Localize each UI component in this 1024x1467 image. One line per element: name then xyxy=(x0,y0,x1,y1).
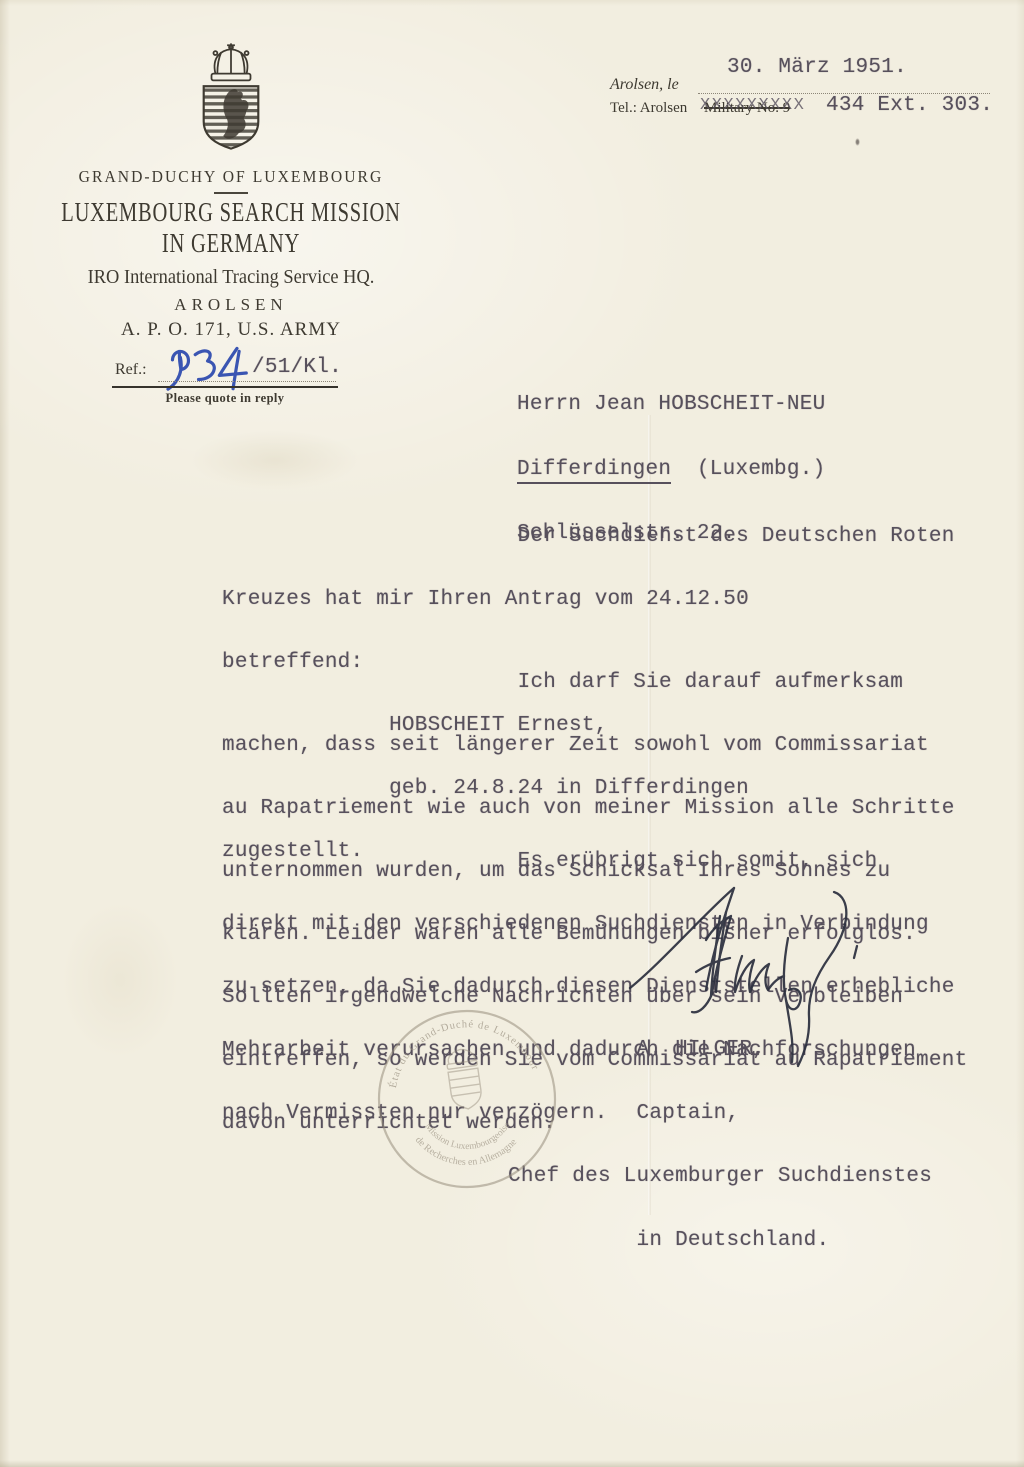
body-line: machen, dass seit längerer Zeit sowohl v… xyxy=(222,735,967,756)
body-line: Kreuzes hat mir Ihren Antrag vom 24.12.5… xyxy=(222,589,955,610)
letterhead-city: AROLSEN xyxy=(0,295,462,315)
letterhead-division: IRO International Tracing Service HQ. xyxy=(18,265,443,289)
letterhead: GRAND-DUCHY OF LUXEMBOURG LUXEMBOURG SEA… xyxy=(0,40,462,341)
letterhead-org-line1: LUXEMBOURG SEARCH MISSION xyxy=(55,197,406,228)
recipient-country: (Luxembg.) xyxy=(671,458,825,481)
signature-block: A. HILGER, Captain, Chef des Luxemburger… xyxy=(508,997,932,1293)
body-line: Der Suchdienst des Deutschen Roten xyxy=(222,526,955,547)
letterhead-country: GRAND-DUCHY OF LUXEMBOURG xyxy=(18,167,443,187)
luxembourg-coat-of-arms-icon xyxy=(192,40,270,152)
recipient-city: Differdingen xyxy=(517,458,671,484)
recipient-city-line: Differdingen (Luxembg.) xyxy=(517,459,825,482)
stamp-center-crest xyxy=(445,1047,483,1111)
body-line: Es erübrigt sich somit, sich xyxy=(222,851,955,872)
signatory-name: A. HILGER, xyxy=(508,1039,932,1061)
paper-blotch xyxy=(60,900,180,1060)
ink-speck xyxy=(855,138,860,146)
tel-label: Tel.: Arolsen xyxy=(610,100,687,117)
typed-date: 30. März 1951. xyxy=(727,57,907,78)
paper-blotch xyxy=(190,430,360,490)
body-line: Ich darf Sie darauf aufmerksam xyxy=(222,672,967,693)
handwritten-ref-number xyxy=(157,341,259,396)
date-place-label: Arolsen, le xyxy=(610,76,679,94)
ref-typed-suffix: /51/Kl. xyxy=(252,357,342,378)
signatory-title-line2: in Deutschland. xyxy=(508,1230,932,1252)
ref-solid-rule xyxy=(112,386,338,388)
ref-label: Ref.: xyxy=(115,361,147,379)
letter-paper: GRAND-DUCHY OF LUXEMBOURG LUXEMBOURG SEA… xyxy=(0,0,1024,1467)
letterhead-org-line2: IN GERMANY xyxy=(55,228,406,259)
ref-dotted-rule xyxy=(158,381,336,382)
letterhead-divider xyxy=(214,192,248,194)
letterhead-apo-address: A. P. O. 171, U.S. ARMY xyxy=(0,319,462,341)
ref-quote-note: Please quote in reply xyxy=(112,391,338,406)
recipient-name: Herrn Jean HOBSCHEIT-NEU xyxy=(517,394,825,417)
official-round-stamp: État du Grand-Duché de Luxembourg Missio… xyxy=(360,992,575,1207)
tel-overstrike-x: XXXXXXXXX xyxy=(700,96,805,115)
signatory-rank: Captain, xyxy=(508,1103,932,1125)
tel-typed-number: 434 Ext. 303. xyxy=(826,95,993,116)
